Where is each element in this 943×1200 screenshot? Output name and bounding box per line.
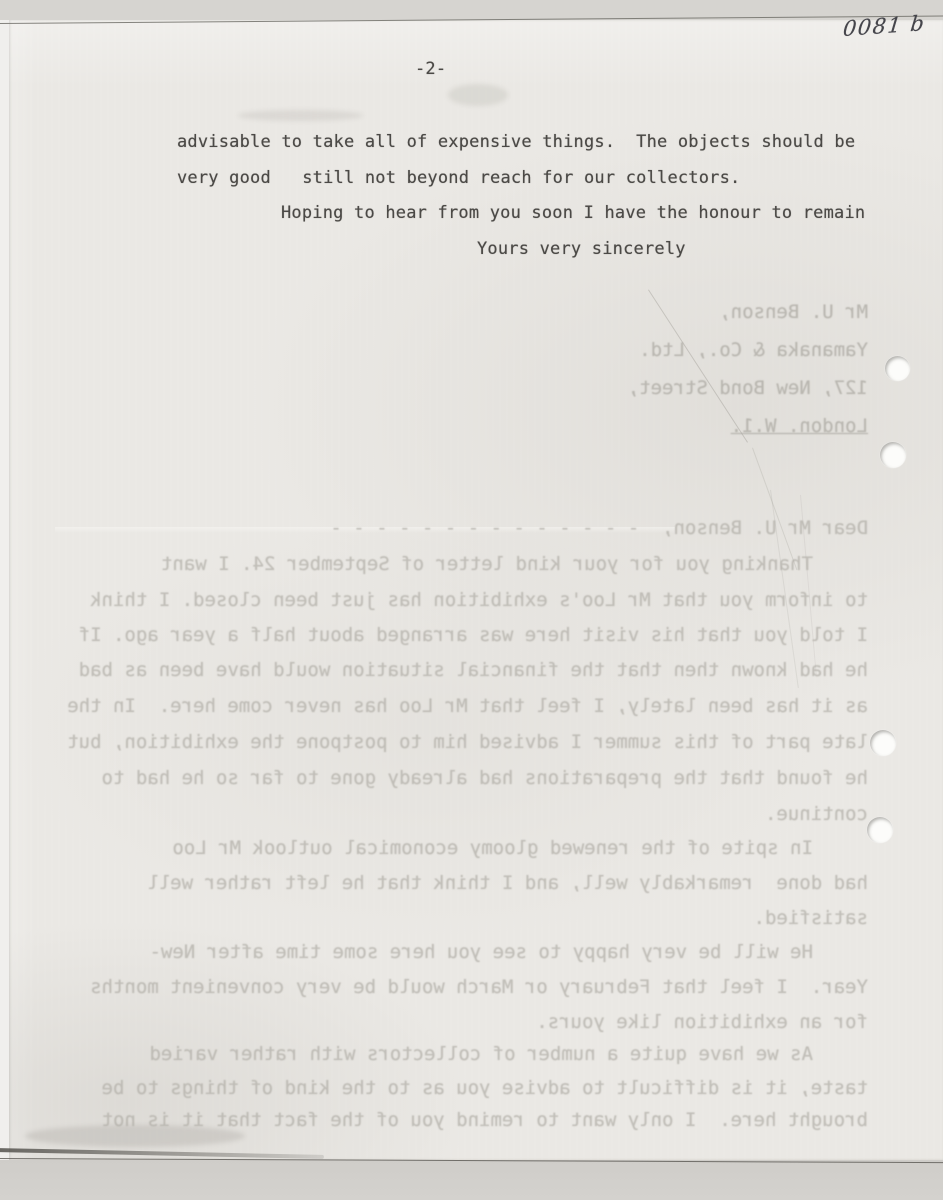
paper-sheet — [9, 20, 943, 1160]
crease-highlight — [55, 527, 675, 533]
body-line: Hoping to hear from you soon I have the … — [281, 202, 865, 224]
punch-hole — [885, 356, 910, 381]
body-line: Yours very sincerely — [477, 238, 686, 260]
punch-hole — [870, 730, 896, 756]
smudge-mark — [448, 84, 508, 106]
punch-hole — [880, 442, 906, 468]
bottom-fold-shadow — [25, 1125, 245, 1147]
scan-bottom-background — [0, 1160, 943, 1200]
smudge-mark — [238, 110, 363, 121]
body-line: advisable to take all of expensive thing… — [177, 131, 855, 153]
scan-left-edge — [0, 20, 9, 1162]
scanned-letter-page: Mr U. Benson, Yamanaka & Co., Ltd. 127, … — [0, 0, 943, 1200]
page-number: -2- — [415, 58, 446, 80]
body-line: very good still not beyond reach for our… — [177, 167, 740, 189]
punch-hole — [867, 817, 893, 843]
